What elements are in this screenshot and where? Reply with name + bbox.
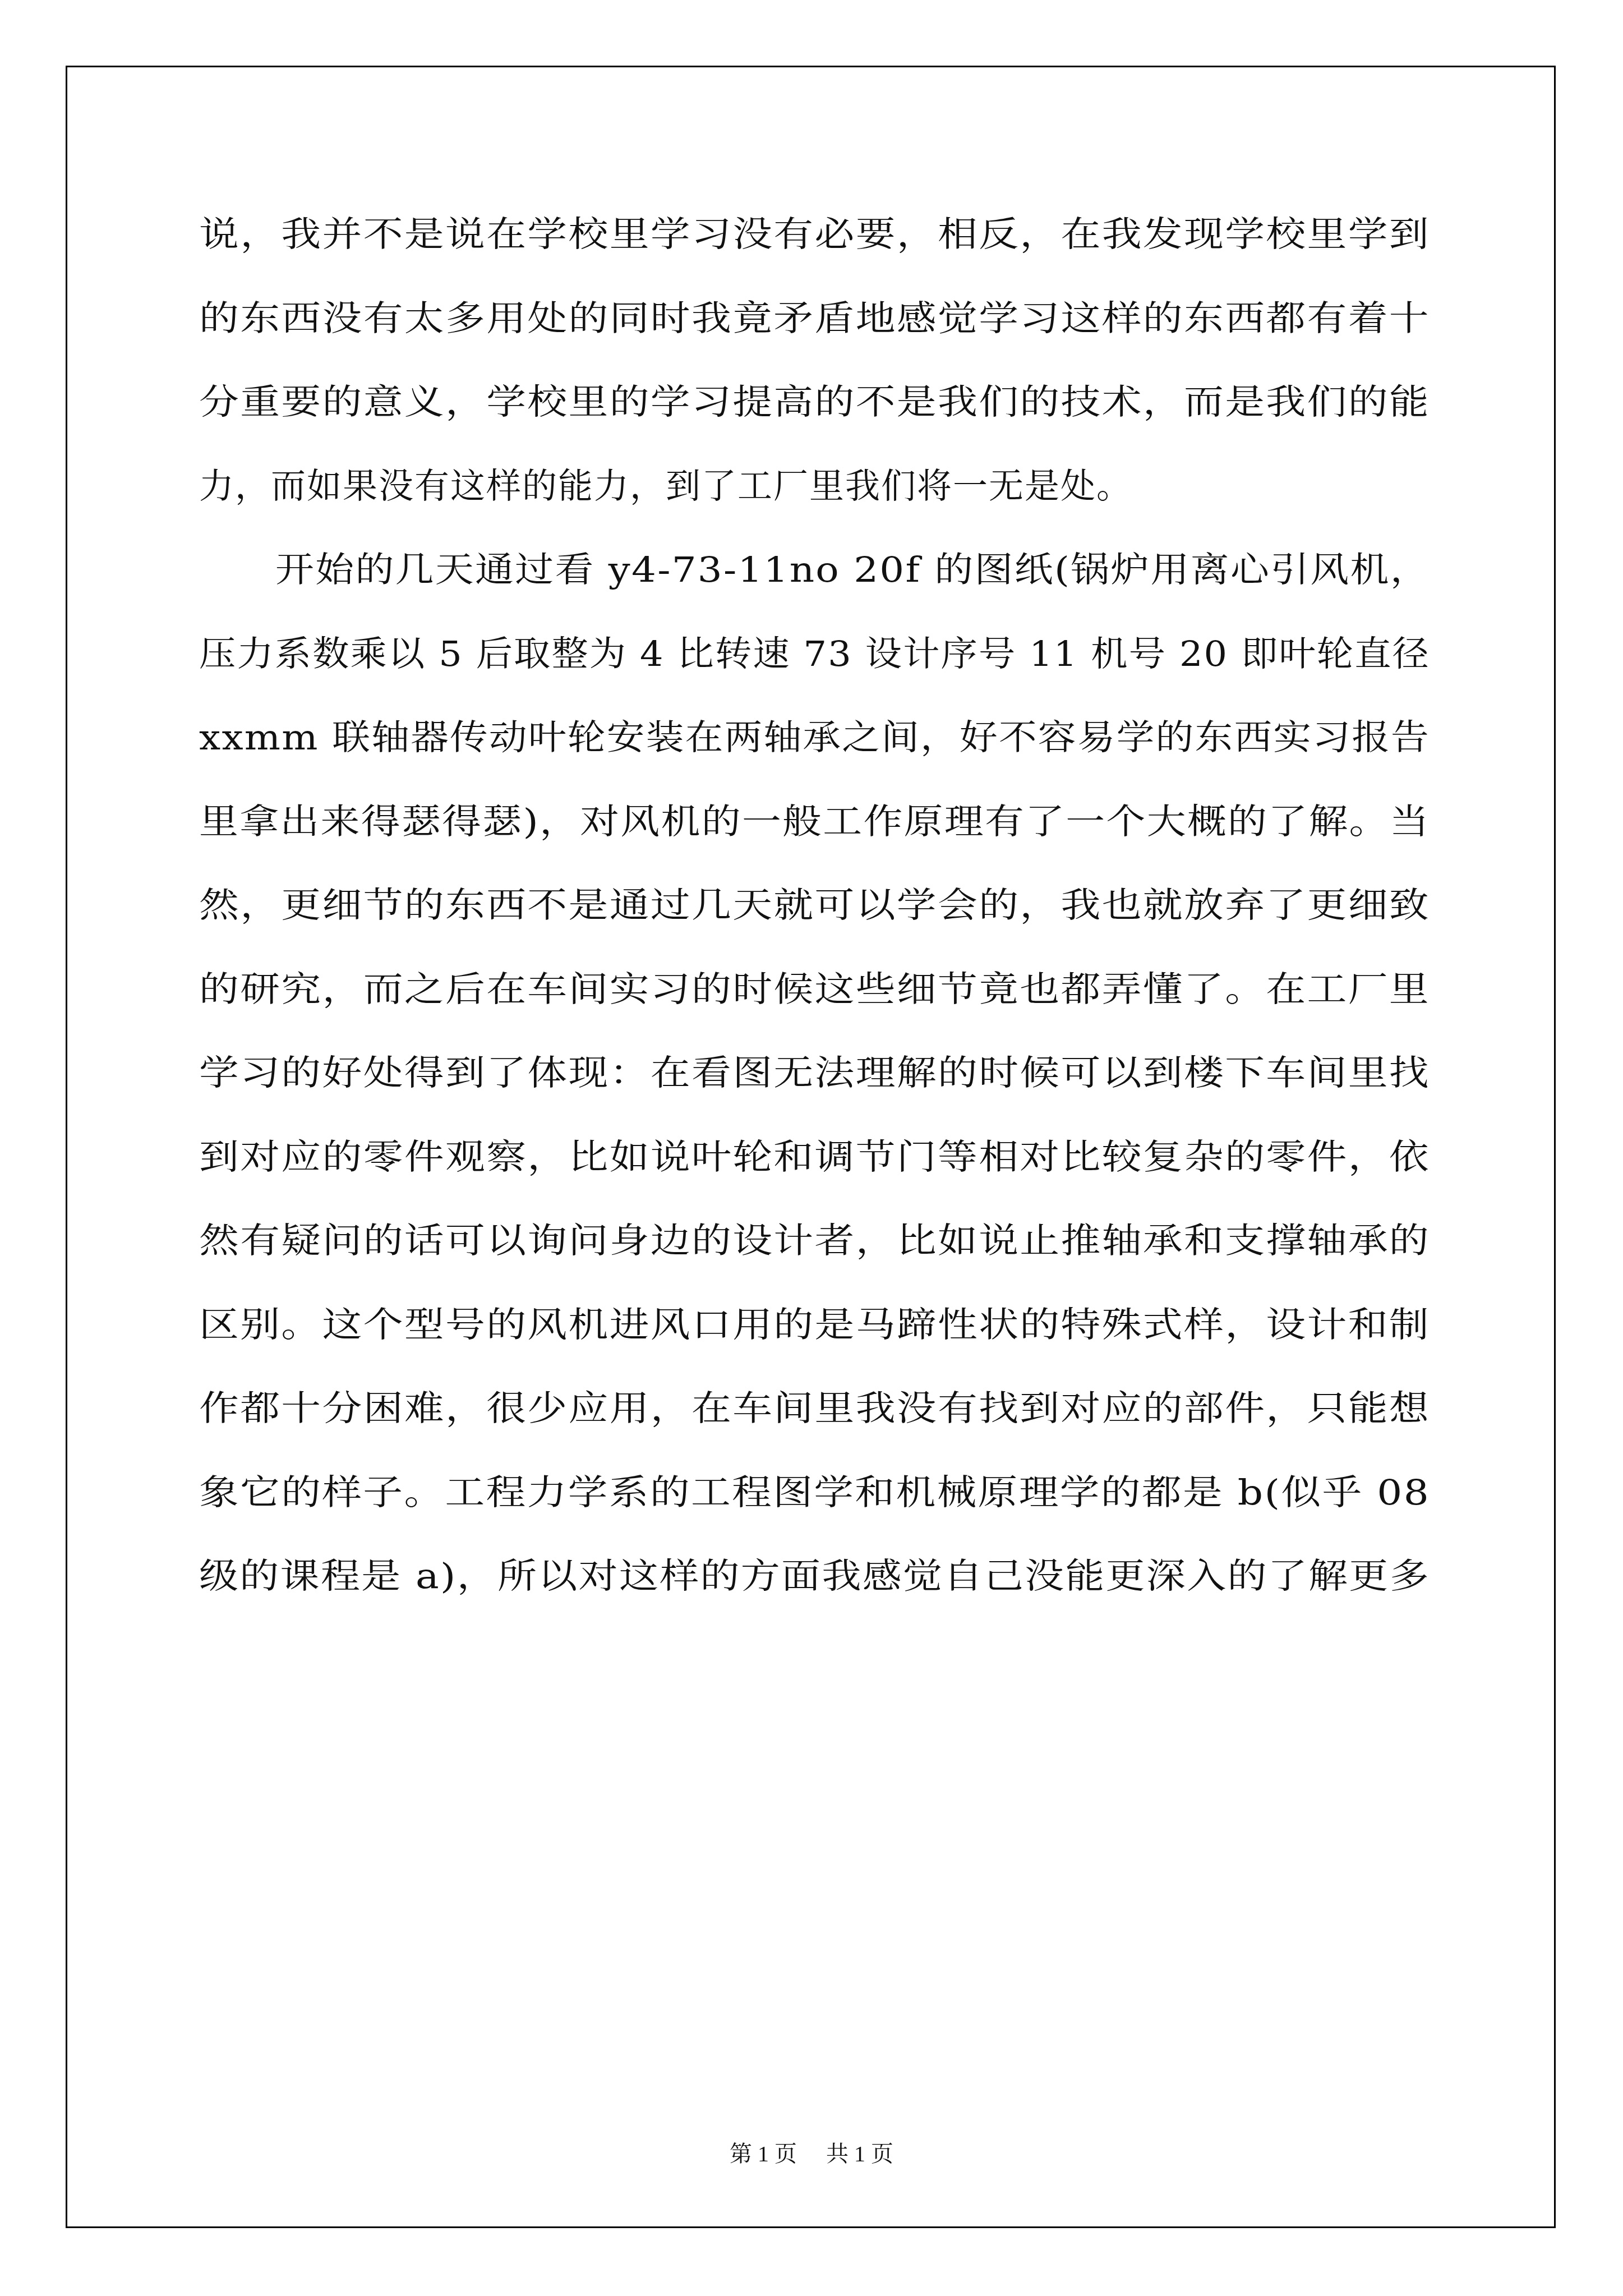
page-footer: 第 1 页共 1 页 [0, 2136, 1623, 2168]
document-body: 说，我并不是说在学校里学习没有必要，相反，在我发现学校里学到 的东西没有太多用处… [199, 206, 1433, 1632]
text-line: 到对应的零件观察，比如说叶轮和调节门等相对比较复杂的零件，依 [199, 1129, 1433, 1213]
text-line: 学习的好处得到了体现：在看图无法理解的时候可以到楼下车间里找 [199, 1045, 1433, 1129]
text-line: 区别。这个型号的风机进风口用的是马蹄性状的特殊式样，设计和制 [199, 1297, 1433, 1381]
current-page-label: 第 1 页 [730, 2136, 797, 2168]
text-line: 说，我并不是说在学校里学习没有必要，相反，在我发现学校里学到 [199, 206, 1433, 291]
text-line: 分重要的意义，学校里的学习提高的不是我们的技术，而是我们的能 [199, 374, 1433, 458]
text-line: 的研究，而之后在车间实习的时候这些细节竟也都弄懂了。在工厂里 [199, 961, 1433, 1046]
text-line: 力，而如果没有这样的能力，到了工厂里我们将一无是处。 [199, 458, 1433, 542]
text-line: xxmm 联轴器传动叶轮安装在两轴承之间，好不容易学的东西实习报告 [199, 710, 1433, 794]
text-line: 级的课程是 a)，所以对这样的方面我感觉自己没能更深入的了解更多 [199, 1548, 1433, 1632]
total-pages-label: 共 1 页 [826, 2136, 893, 2168]
text-line: 里拿出来得瑟得瑟)，对风机的一般工作原理有了一个大概的了解。当 [199, 794, 1433, 878]
text-line: 然，更细节的东西不是通过几天就可以学会的，我也就放弃了更细致 [199, 877, 1433, 961]
text-line: 的东西没有太多用处的同时我竟矛盾地感觉学习这样的东西都有着十 [199, 291, 1433, 375]
text-line-paragraph-start: 开始的几天通过看 y4-73-11no 20f 的图纸(锅炉用离心引风机， [199, 542, 1433, 626]
text-line: 压力系数乘以 5 后取整为 4 比转速 73 设计序号 11 机号 20 即叶轮… [199, 626, 1433, 710]
text-line: 然有疑问的话可以询问身边的设计者，比如说止推轴承和支撑轴承的 [199, 1213, 1433, 1297]
text-line: 作都十分困难，很少应用，在车间里我没有找到对应的部件，只能想 [199, 1381, 1433, 1465]
text-line: 象它的样子。工程力学系的工程图学和机械原理学的都是 b(似乎 08 [199, 1465, 1433, 1549]
